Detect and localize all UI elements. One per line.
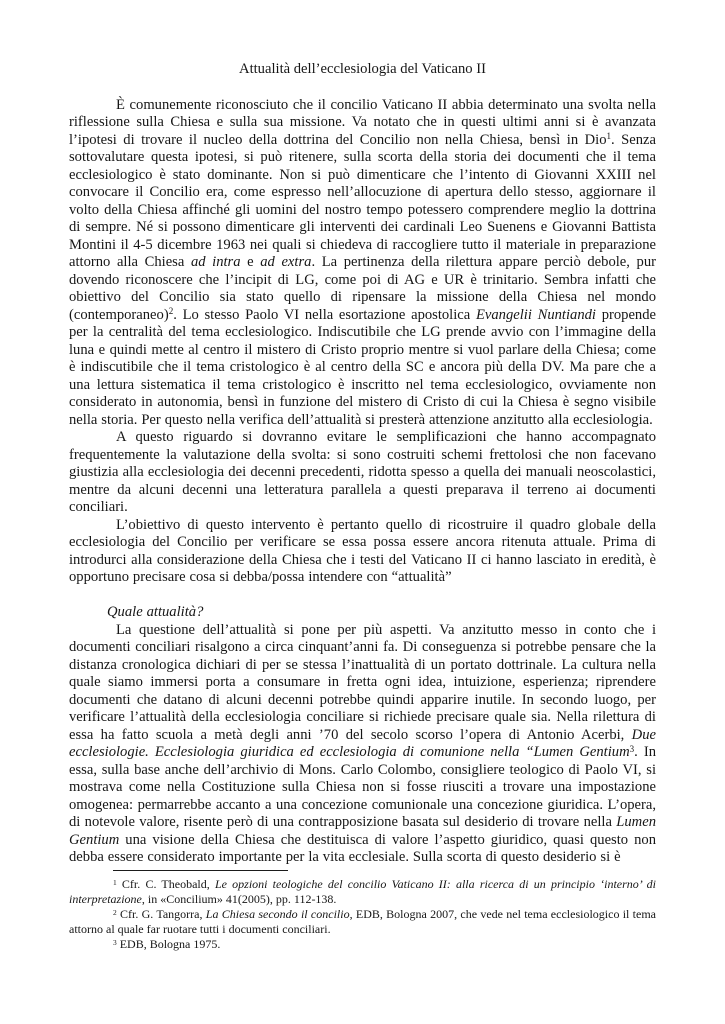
text-run: Cfr. G. Tangorra, — [117, 907, 206, 921]
document-content: Attualità dell’ecclesiologia del Vatican… — [69, 61, 656, 867]
text-run: ad extra — [260, 254, 311, 270]
text-run: La questione dell’attualità si pone per … — [69, 622, 656, 743]
footnote: 2 Cfr. G. Tangorra, La Chiesa secondo il… — [69, 907, 656, 937]
text-run: . Lo stesso Paolo VI nella esortazione a… — [173, 307, 476, 323]
text-run: , in «Concilium» 41(2005), pp. 112-138. — [142, 892, 337, 906]
text-run: propende per la centralità del tema eccl… — [69, 307, 656, 428]
text-run: Quale attualità? — [107, 604, 203, 620]
footnote-reference: 1 — [607, 131, 612, 141]
text-run: L’obiettivo di questo intervento è perta… — [69, 517, 656, 586]
text-run: È comunemente riconosciuto che il concil… — [69, 97, 656, 148]
text-run: La Chiesa secondo il concilio — [206, 907, 350, 921]
text-run: e — [241, 254, 261, 270]
paragraph: È comunemente riconosciuto che il concil… — [69, 97, 656, 430]
paragraph: Quale attualità? — [69, 604, 656, 622]
paragraph: A questo riguardo si dovranno evitare le… — [69, 429, 656, 517]
footnotes-list: 1 Cfr. C. Theobald, Le opzioni teologich… — [69, 877, 656, 952]
text-run: EDB, Bologna 1975. — [117, 937, 221, 951]
footnote-reference: 2 — [169, 306, 174, 316]
text-run: Evangelii Nuntiandi — [476, 307, 596, 323]
text-run: una visione della Chiesa che destituisca… — [69, 832, 656, 866]
footnote-separator — [113, 870, 288, 871]
paragraph: La questione dell’attualità si pone per … — [69, 622, 656, 867]
text-run: A questo riguardo si dovranno evitare le… — [69, 429, 656, 515]
text-run: ad intra — [191, 254, 241, 270]
text-run: Cfr. C. Theobald, — [117, 877, 215, 891]
document-page: Attualità dell’ecclesiologia del Vatican… — [0, 0, 725, 1024]
paragraph: L’obiettivo di questo intervento è perta… — [69, 517, 656, 587]
text-run: . Senza sottovalutare questa ipotesi, si… — [69, 132, 656, 271]
footnote-reference: 3 — [113, 938, 117, 947]
footnote: 1 Cfr. C. Theobald, Le opzioni teologich… — [69, 877, 656, 907]
footnote-reference: 2 — [113, 908, 117, 917]
footnote: 3 EDB, Bologna 1975. — [69, 937, 656, 952]
footnote-reference: 3 — [630, 744, 635, 754]
document-body: È comunemente riconosciuto che il concil… — [69, 97, 656, 867]
footnotes-section: 1 Cfr. C. Theobald, Le opzioni teologich… — [69, 870, 656, 952]
footnote-reference: 1 — [113, 878, 117, 887]
document-title: Attualità dell’ecclesiologia del Vatican… — [69, 61, 656, 79]
